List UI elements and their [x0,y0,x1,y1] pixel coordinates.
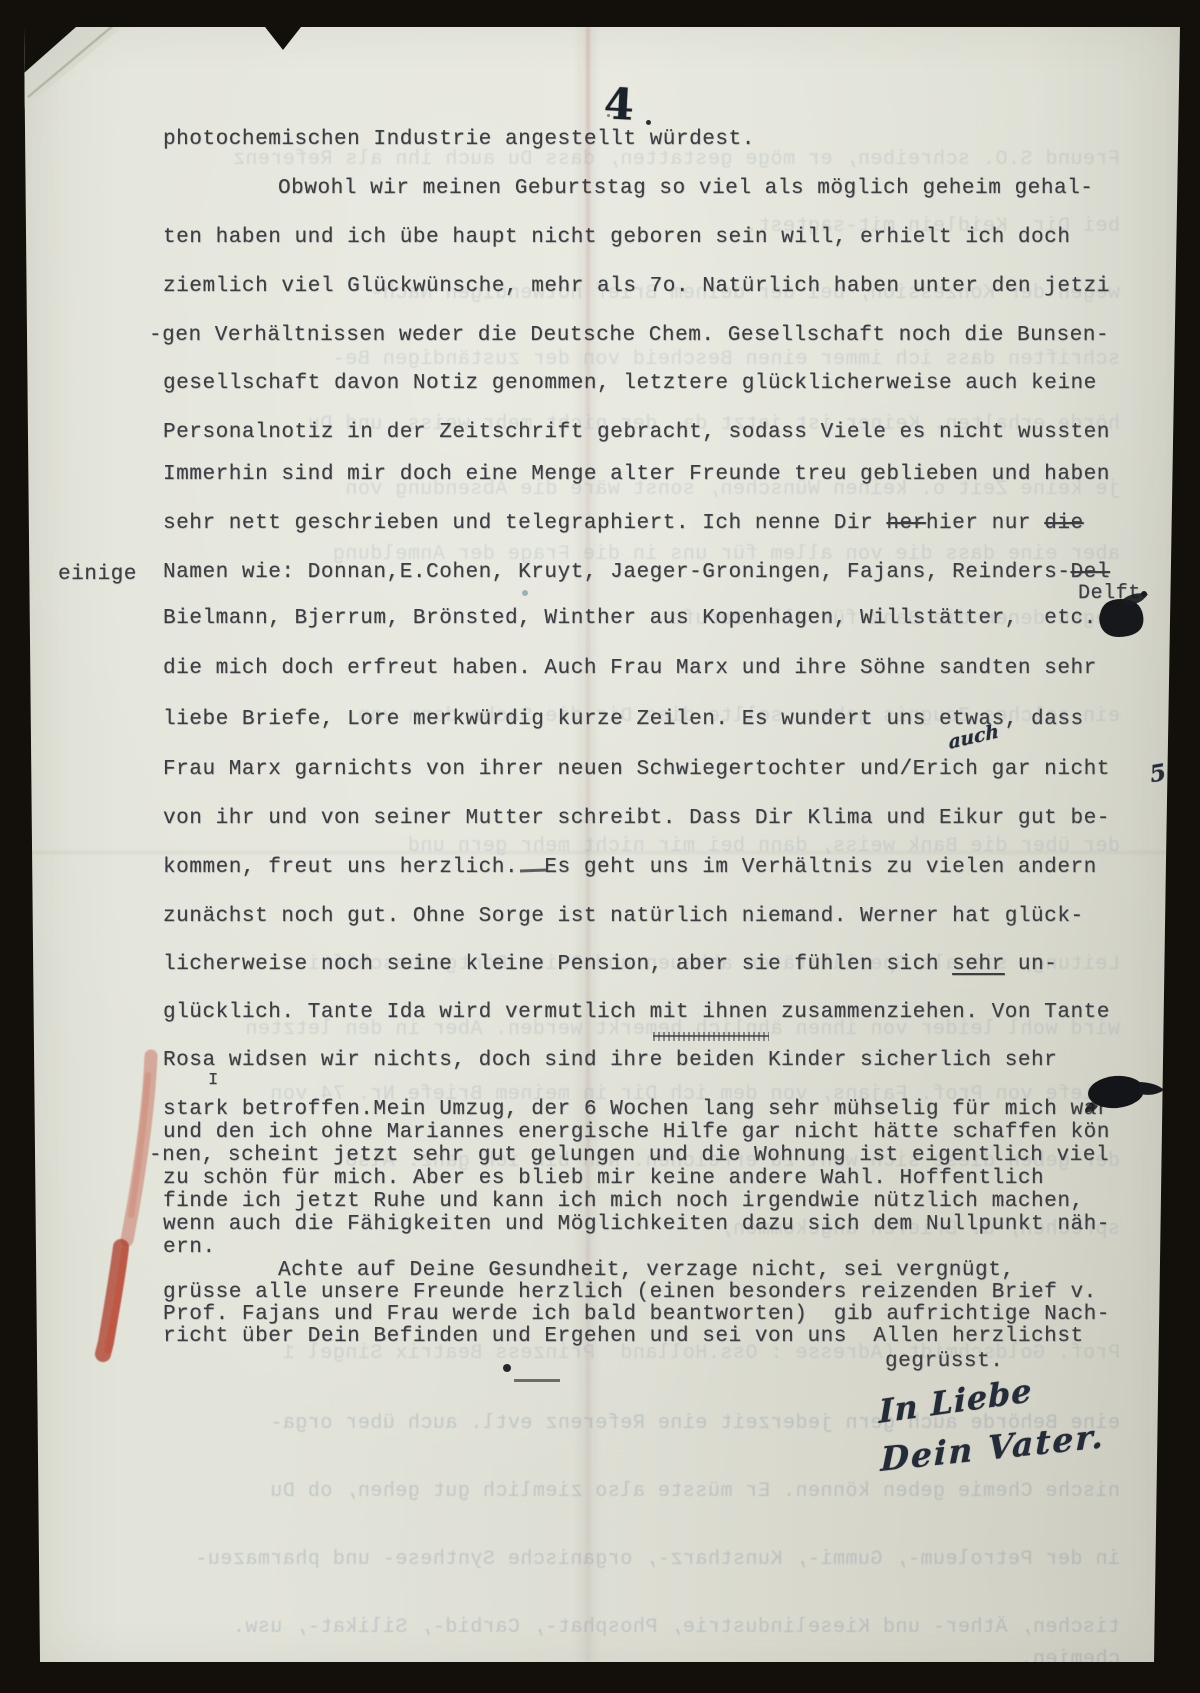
page-number: 4 [603,79,635,130]
ink-blot-2 [1086,1074,1164,1113]
letter-page: Freund S.O. schreiben, er möge gestatten… [0,0,1200,1693]
ink-blot-1 [1099,591,1148,637]
letter-scan: { "document": { "page_number": "4", "mar… [0,0,1200,1693]
